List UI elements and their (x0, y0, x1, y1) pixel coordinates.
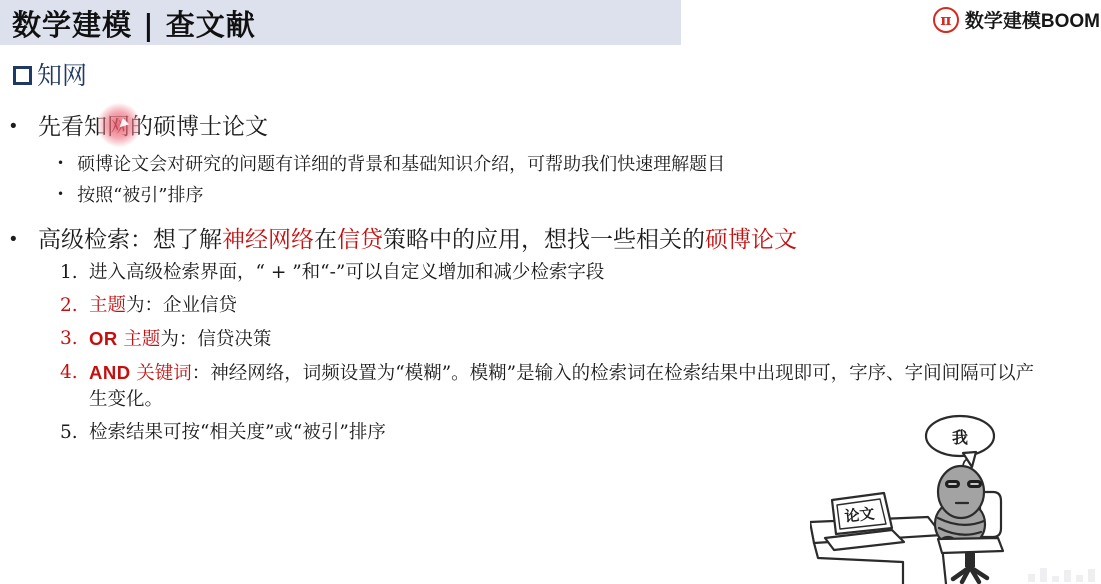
step-number: 2. (60, 293, 89, 319)
bullet-point-1: •先看知网的硕博士论文 (10, 108, 268, 141)
bullet-icon: • (10, 229, 38, 251)
chair-base (953, 567, 987, 582)
sub-bullet-item: •按照“被引”排序 (57, 178, 725, 209)
step-text: 主题为：企业信贷 (89, 293, 1046, 319)
slide: 数学建模 | 查文献 π 数学建模BOOM 知网 •先看知网的硕博士论文 •硕博… (0, 0, 1101, 584)
laptop-label: 论文 (844, 505, 876, 526)
bullet-icon: • (10, 116, 38, 138)
highlight-char: 网 (107, 113, 130, 139)
step-number: 4. (60, 360, 89, 413)
section-heading-label: 知网 (37, 56, 87, 92)
step-item: 1.进入高级检索界面，“ + ”和“-”可以自定义增加和减少检索字段 (60, 260, 1046, 286)
text-segment: OR (89, 328, 123, 349)
chair-seat (938, 538, 1003, 553)
text-segment: 主题 (123, 329, 160, 350)
sub-bullet-item: •硕博论文会对研究的问题有详细的背景和基础知识介绍，可帮助我们快速理解题目 (57, 147, 725, 178)
sub-bullet-text: 按照“被引”排序 (77, 181, 203, 207)
square-bullet-icon (13, 66, 32, 85)
cartoon-svg: 我 论文 (810, 400, 1010, 584)
text-segment: 进入高级检索界面，“ + ”和“-”可以自定义增加和减少检索字段 (89, 262, 604, 283)
step-item: 3.OR 主题为：信贷决策 (60, 326, 1046, 353)
text-segment: AND (89, 362, 136, 383)
text-segment: 为：信贷决策 (160, 329, 271, 350)
text-segment: 信贷 (337, 226, 383, 252)
bullet-icon: • (57, 187, 64, 201)
step-number: 1. (60, 260, 89, 286)
text-segment: 神经网络 (222, 226, 314, 252)
brand-logo: π 数学建模BOOM (933, 6, 1100, 33)
person-head (938, 466, 984, 518)
text-segment: 在 (314, 226, 337, 252)
advanced-search-text: 高级检索：想了解神经网络在信贷策略中的应用，想找一些相关的硕博论文 (38, 226, 797, 252)
text-segment: 策略中的应用，想找一些相关的 (383, 226, 705, 252)
step-number: 5. (60, 420, 89, 446)
text-segment: 检索结果可按“相关度”或“被引”排序 (89, 422, 386, 443)
step-text: 进入高级检索界面，“ + ”和“-”可以自定义增加和减少检索字段 (89, 260, 1046, 286)
sub-bullet-text: 硕博论文会对研究的问题有详细的背景和基础知识介绍，可帮助我们快速理解题目 (77, 150, 725, 176)
point1-text-before: 先看知 (38, 113, 107, 139)
step-text: OR 主题为：信贷决策 (89, 326, 1046, 353)
text-segment: 关键词 (136, 363, 192, 384)
brand-name: 数学建模BOOM (965, 6, 1100, 33)
text-segment: 为：企业信贷 (126, 295, 237, 316)
speech-bubble-tail (963, 452, 976, 467)
watermark (1028, 568, 1095, 582)
bullet-point-2: •高级检索：想了解神经网络在信贷策略中的应用，想找一些相关的硕博论文 (10, 221, 797, 254)
page-title: 数学建模 | 查文献 (12, 3, 256, 44)
subpoints: •硕博论文会对研究的问题有详细的背景和基础知识介绍，可帮助我们快速理解题目•按照… (57, 147, 725, 209)
cartoon-illustration: 我 论文 (810, 400, 1010, 584)
pi-logo-icon: π (933, 7, 959, 33)
text-segment: 硕博论文 (705, 226, 797, 252)
speech-bubble-text: 我 (952, 428, 968, 447)
step-number: 3. (60, 326, 89, 353)
bullet-icon: • (57, 156, 64, 170)
text-segment: 主题 (89, 295, 126, 316)
step-item: 2.主题为：企业信贷 (60, 293, 1046, 319)
section-heading: 知网 (13, 56, 87, 92)
text-segment: 高级检索：想了解 (38, 226, 222, 252)
point1-highlighted-char: 网 (107, 108, 130, 141)
desk-front-edge (814, 543, 903, 584)
point1-text-after: 的硕博士论文 (130, 113, 268, 139)
